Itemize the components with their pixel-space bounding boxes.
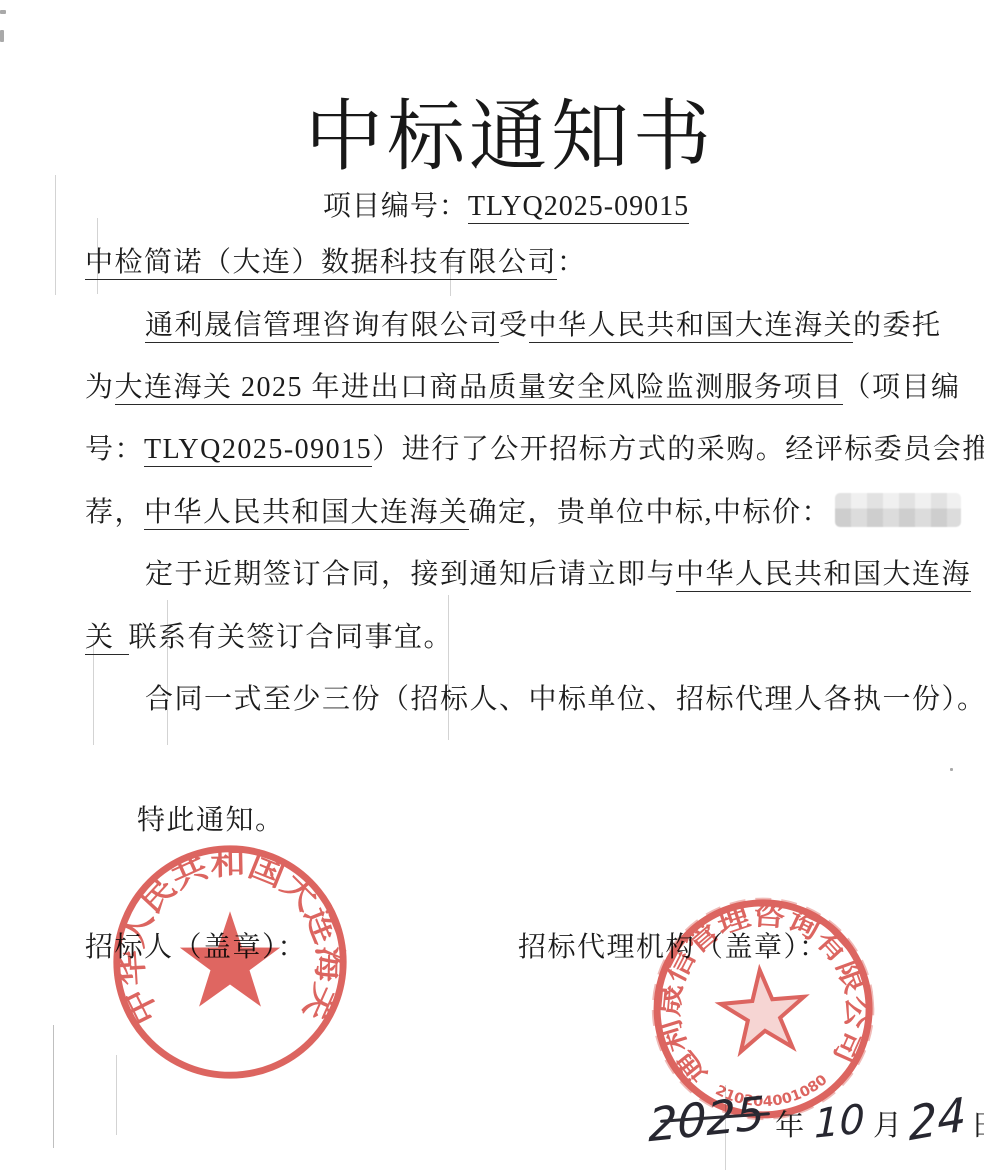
body-text: 的委托 bbox=[853, 310, 942, 341]
project-number-label: 项目编号： bbox=[323, 191, 468, 222]
closing-line: 特此通知。 bbox=[137, 798, 285, 838]
body-text: ）进行了公开招标方式的采购。经评标委员会推 bbox=[372, 434, 984, 465]
project-number-line: 项目编号：TLYQ2025-09015 bbox=[14, 184, 984, 224]
addressee-company: 中检简诺（大连）数据科技有限公司 bbox=[85, 247, 557, 280]
body-text: 受 bbox=[499, 310, 529, 341]
body-text: 号： bbox=[85, 434, 144, 465]
body-text: 确定，贵单位中标,中标价： bbox=[469, 497, 832, 528]
purchaser-name: 中华人民共和国大连海关 bbox=[529, 310, 854, 343]
purchaser-name: 中华人民共和国大连海关 bbox=[144, 497, 469, 530]
body-line-2: 为大连海关 2025 年进出口商品质量安全风险监测服务项目（项目编 bbox=[85, 365, 961, 405]
redacted-bid-price bbox=[835, 493, 961, 527]
year-unit: 年 bbox=[775, 1103, 806, 1144]
document-title: 中标通知书 bbox=[18, 74, 984, 186]
seal-star-icon bbox=[180, 911, 280, 1006]
day-unit: 日 bbox=[971, 1103, 984, 1144]
body-text: 合同一式至少三份（招标人、中标单位、招标代理人各执一份）。 bbox=[145, 684, 984, 715]
project-name: 大连海关 2025 年进出口商品质量安全风险监测服务项目 bbox=[115, 372, 843, 405]
closing-text: 特此通知。 bbox=[137, 805, 285, 836]
body-line-7: 合同一式至少三份（招标人、中标单位、招标代理人各执一份）。 bbox=[145, 677, 984, 717]
body-text: 为 bbox=[85, 372, 115, 403]
body-text: 定于近期签订合同，接到通知后请立即与 bbox=[145, 559, 676, 590]
handwritten-day: 24 bbox=[908, 1091, 967, 1148]
seal-star-icon bbox=[718, 966, 808, 1053]
body-line-1: 通利晟信管理咨询有限公司受中华人民共和国大连海关的委托 bbox=[145, 303, 942, 343]
body-line-4: 荐，中华人民共和国大连海关确定，贵单位中标,中标价： bbox=[85, 490, 961, 530]
salutation-colon: ： bbox=[557, 247, 587, 278]
body-line-5: 定于近期签订合同，接到通知后请立即与中华人民共和国大连海 bbox=[145, 552, 971, 592]
project-number-inline: TLYQ2025-09015 bbox=[144, 434, 372, 467]
scan-speck bbox=[0, 30, 4, 42]
document-page: 中标通知书 项目编号：TLYQ2025-09015 中检简诺（大连）数据科技有限… bbox=[0, 0, 984, 1176]
body-text: 荐， bbox=[85, 497, 144, 528]
salutation-line: 中检简诺（大连）数据科技有限公司： bbox=[85, 240, 587, 280]
scan-fold-line bbox=[93, 640, 94, 745]
scan-fold-line bbox=[53, 1025, 54, 1148]
body-line-3: 号：TLYQ2025-09015）进行了公开招标方式的采购。经评标委员会推 bbox=[85, 427, 984, 467]
purchaser-name-wrap: 中华人民共和国大连海 bbox=[676, 559, 971, 592]
agency-company: 通利晟信管理咨询有限公司 bbox=[145, 310, 499, 343]
month-unit: 月 bbox=[873, 1103, 904, 1144]
project-number: TLYQ2025-09015 bbox=[468, 191, 689, 224]
purchaser-name-wrap-end: 关 bbox=[85, 622, 129, 655]
bidder-official-seal: 中华人民共和国大连海关 bbox=[108, 840, 352, 1084]
body-text: （项目编 bbox=[843, 372, 961, 403]
body-line-6: 关联系有关签订合同事宜。 bbox=[85, 615, 453, 655]
handwritten-month: 10 bbox=[814, 1099, 865, 1145]
scan-speck bbox=[950, 768, 953, 771]
body-text: 联系有关签订合同事宜。 bbox=[129, 622, 454, 653]
scan-speck bbox=[0, 10, 6, 14]
